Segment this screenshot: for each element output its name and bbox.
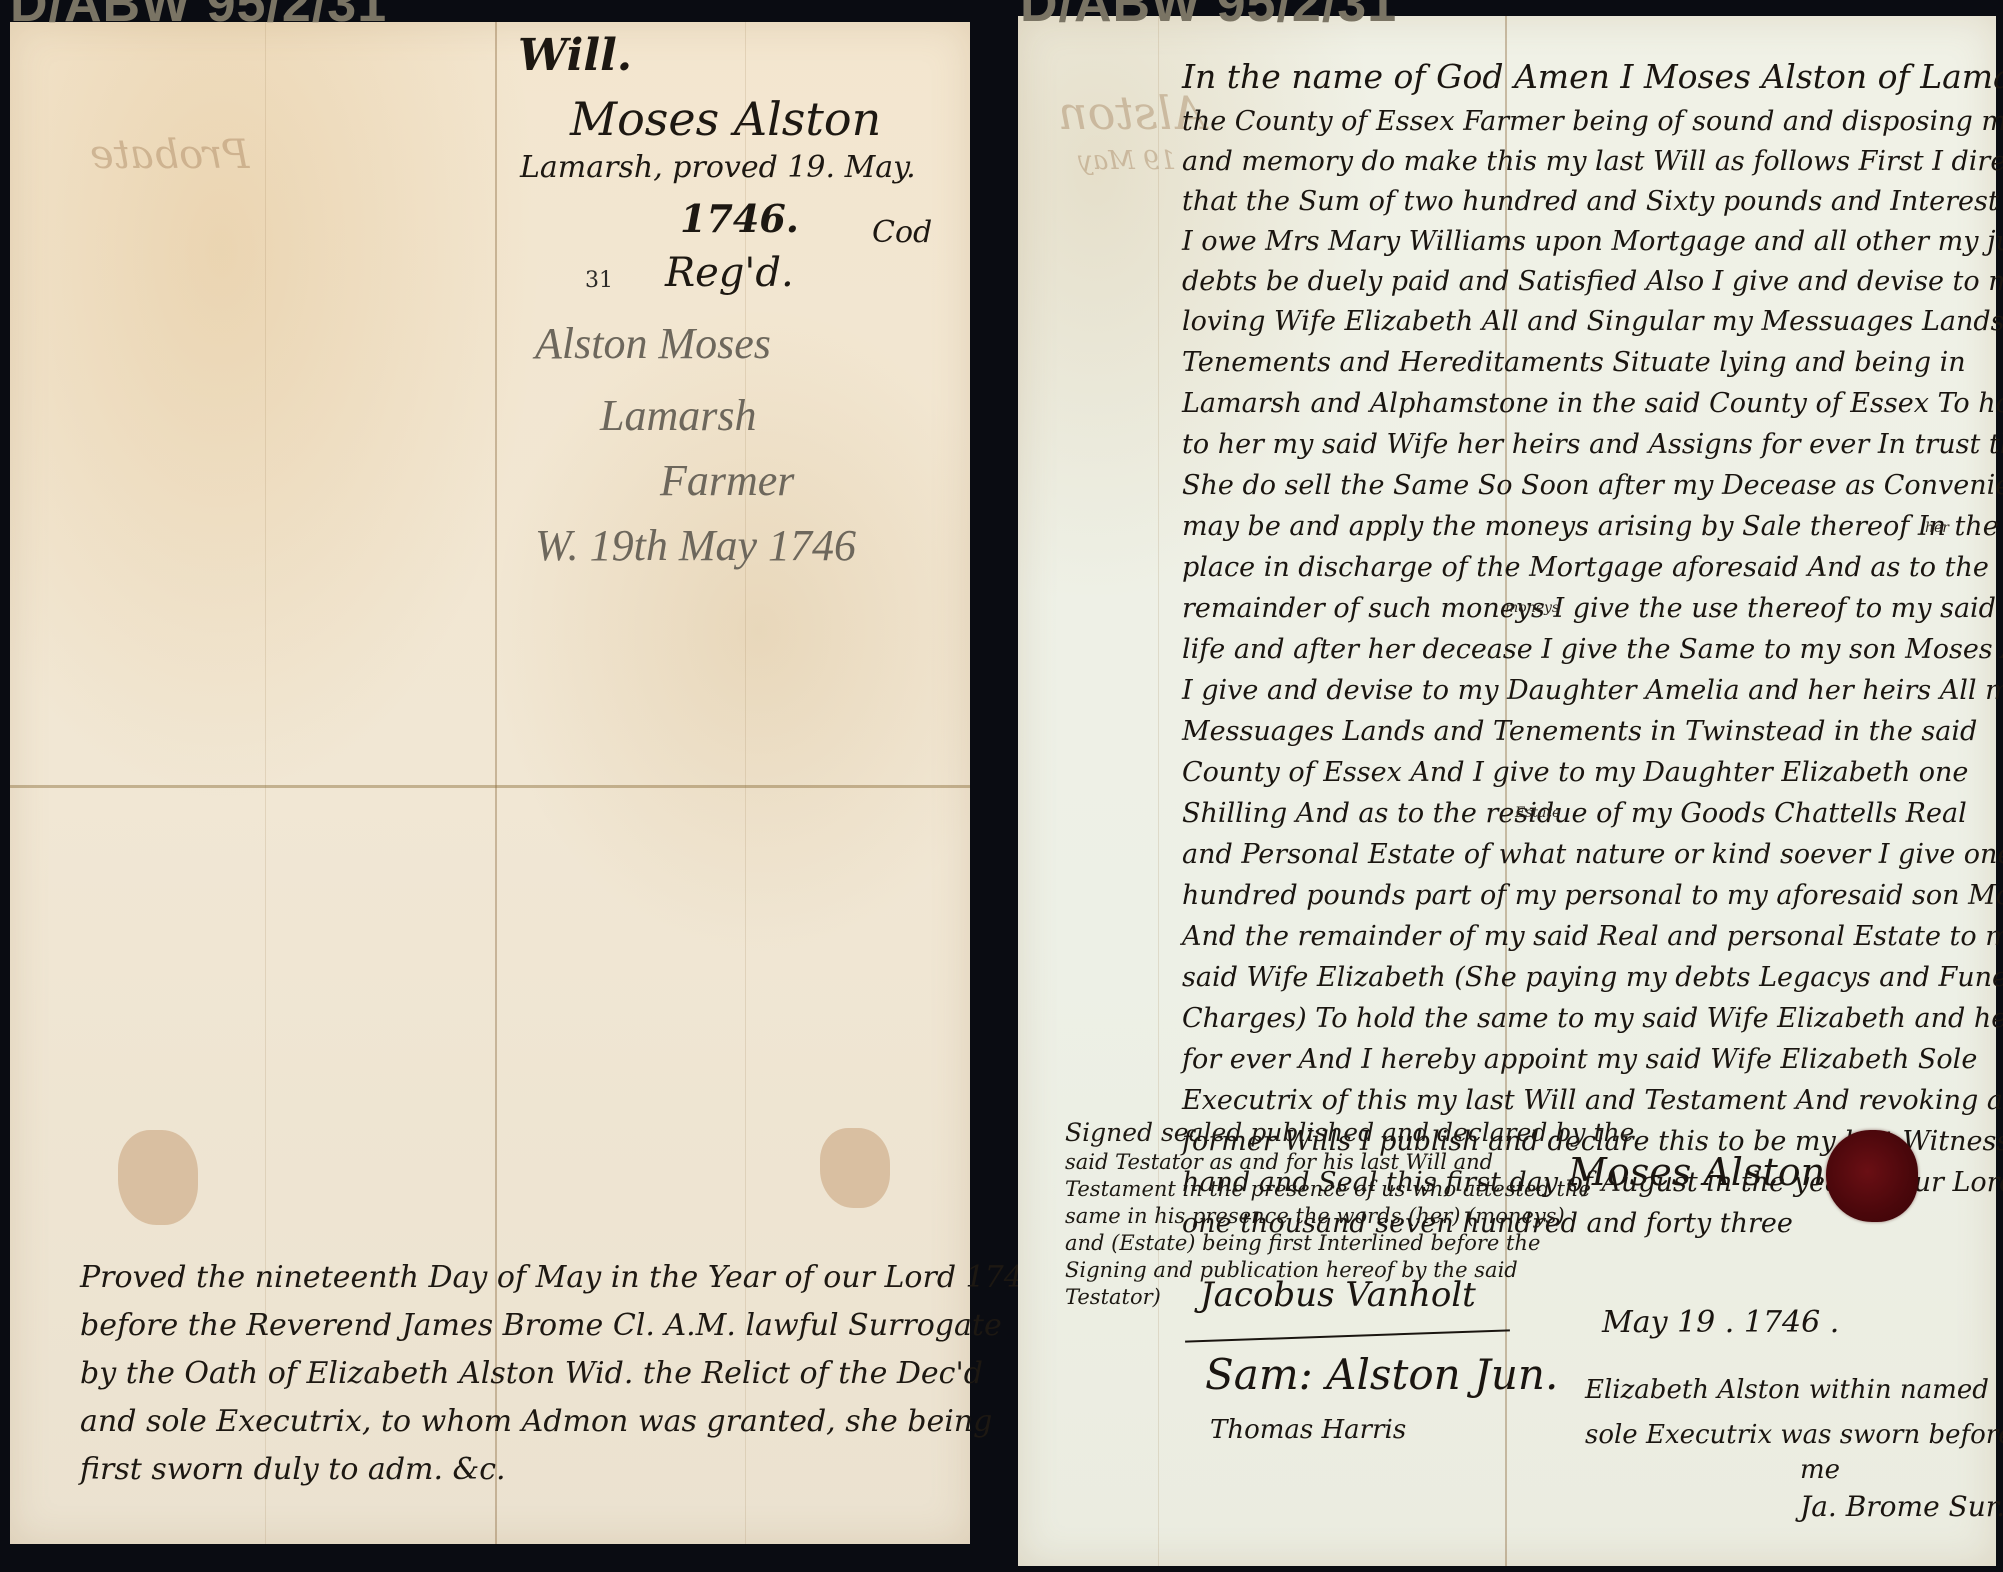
will-line: Messuages Lands and Tenements in Twinste… [1182,717,1977,747]
will-line: remainder of such moneys I give the use … [1182,594,2003,624]
will-line: She do sell the Same So Soon after my De… [1182,471,2003,501]
attestation-line: same in his presence the words (her) (mo… [1065,1204,1565,1228]
will-line: Tenements and Hereditaments Situate lyin… [1182,348,1966,378]
will-line: debts be duely paid and Satisfied Also I… [1182,267,2003,297]
probate-oath-line: me [1800,1455,1840,1485]
seal-remnant [118,1130,198,1225]
index-note-name: Alston Moses [535,318,771,369]
probate-oath-line: sole Executrix was sworn before [1585,1420,2003,1450]
probate-oath-date: May 19 . 1746 . [1602,1305,1839,1340]
will-line: And the remainder of my said Real and pe… [1182,922,2003,952]
attestation-line: and (Estate) being first Interlined befo… [1065,1231,1540,1255]
will-line: In the name of God Amen I Moses Alston o… [1182,62,2003,92]
probate-oath-line: Elizabeth Alston within named [1585,1375,1989,1405]
probate-line: Proved the nineteenth Day of May in the … [80,1260,1042,1295]
probate-line: before the Reverend James Brome Cl. A.M.… [80,1308,1002,1343]
endorsement-registered-mark: Reg'd. [665,250,794,296]
attestation-line: Signed sealed published and declared by … [1065,1118,1634,1147]
attestation-line: Testator) [1065,1285,1161,1309]
bleed-through-text: 19 May [1078,146,1176,176]
will-line: Lamarsh and Alphamstone in the said Coun… [1182,389,2003,419]
endorsement-cod-mark: Cod [872,215,932,250]
will-line: said Wife Elizabeth (She paying my debts… [1182,963,2003,993]
will-line: Charges) To hold the same to my said Wif… [1182,1004,2003,1034]
interlineation: moneys [1505,600,1559,616]
will-line: may be and apply the moneys arising by S… [1182,512,2003,542]
will-line: I give and devise to my Daughter Amelia … [1182,676,2003,706]
will-line: the County of Essex Farmer being of soun… [1182,107,2003,137]
will-line: hundred pounds part of my personal to my… [1182,881,2003,911]
probate-line: first sworn duly to adm. &c. [80,1452,506,1487]
bleed-through-text: Probate [90,132,249,178]
will-line: life and after her decease I give the Sa… [1182,635,2003,665]
seal-remnant [820,1128,890,1208]
endorsement-number: 31 [585,268,613,293]
will-line: loving Wife Elizabeth All and Singular m… [1182,307,2003,337]
probate-line: by the Oath of Elizabeth Alston Wid. the… [80,1356,983,1391]
will-line: Shilling And as to the residue of my Goo… [1182,799,1967,829]
witness-signature: Jacobus Vanholt [1200,1275,1476,1315]
paper-crease [1158,16,1159,1566]
probate-line: and sole Executrix, to whom Admon was gr… [80,1404,992,1439]
will-line: that the Sum of two hundred and Sixty po… [1182,187,2003,217]
endorsement-place-proved: Lamarsh, proved 19. May. [520,150,916,185]
witness-signature: Sam: Alston Jun. [1205,1350,1558,1399]
attestation-line: said Testator as and for his last Will a… [1065,1150,1493,1174]
horizontal-fold [10,785,970,788]
endorsement-testator-name: Moses Alston [570,92,881,146]
index-note-occupation: Farmer [660,455,794,506]
will-line: and Personal Estate of what nature or ki… [1182,840,2003,870]
will-line: for ever And I hereby appoint my said Wi… [1182,1045,1977,1075]
archive-reference-label: D/ABW 95/2/31 [1020,0,1397,30]
will-line: and memory do make this my last Will as … [1182,147,2003,177]
attestation-line: Testament in the presence of us who atte… [1065,1177,1591,1201]
endorsement-title: Will. [518,30,632,81]
endorsement-year: 1746. [680,196,799,241]
wax-seal [1826,1130,1918,1222]
will-line: Executrix of this my last Will and Testa… [1182,1086,2003,1116]
witness-signature: Thomas Harris [1210,1415,1406,1445]
interlineation: her [1925,520,1949,536]
index-note-place: Lamarsh [600,390,757,441]
testator-signature: Moses Alston [1568,1150,1825,1194]
will-line: place in discharge of the Mortgage afore… [1182,553,1989,583]
will-line: I owe Mrs Mary Williams upon Mortgage an… [1182,227,2003,257]
will-line: to her my said Wife her heirs and Assign… [1182,430,2003,460]
interlineation: Estate [1515,805,1560,821]
will-line: County of Essex And I give to my Daughte… [1182,758,1968,788]
surrogate-signature: Ja. Brome Sur. [1800,1490,2003,1523]
index-note-date: W. 19th May 1746 [535,520,856,571]
archive-reference-label: D/ABW 95/2/31 [10,0,387,30]
